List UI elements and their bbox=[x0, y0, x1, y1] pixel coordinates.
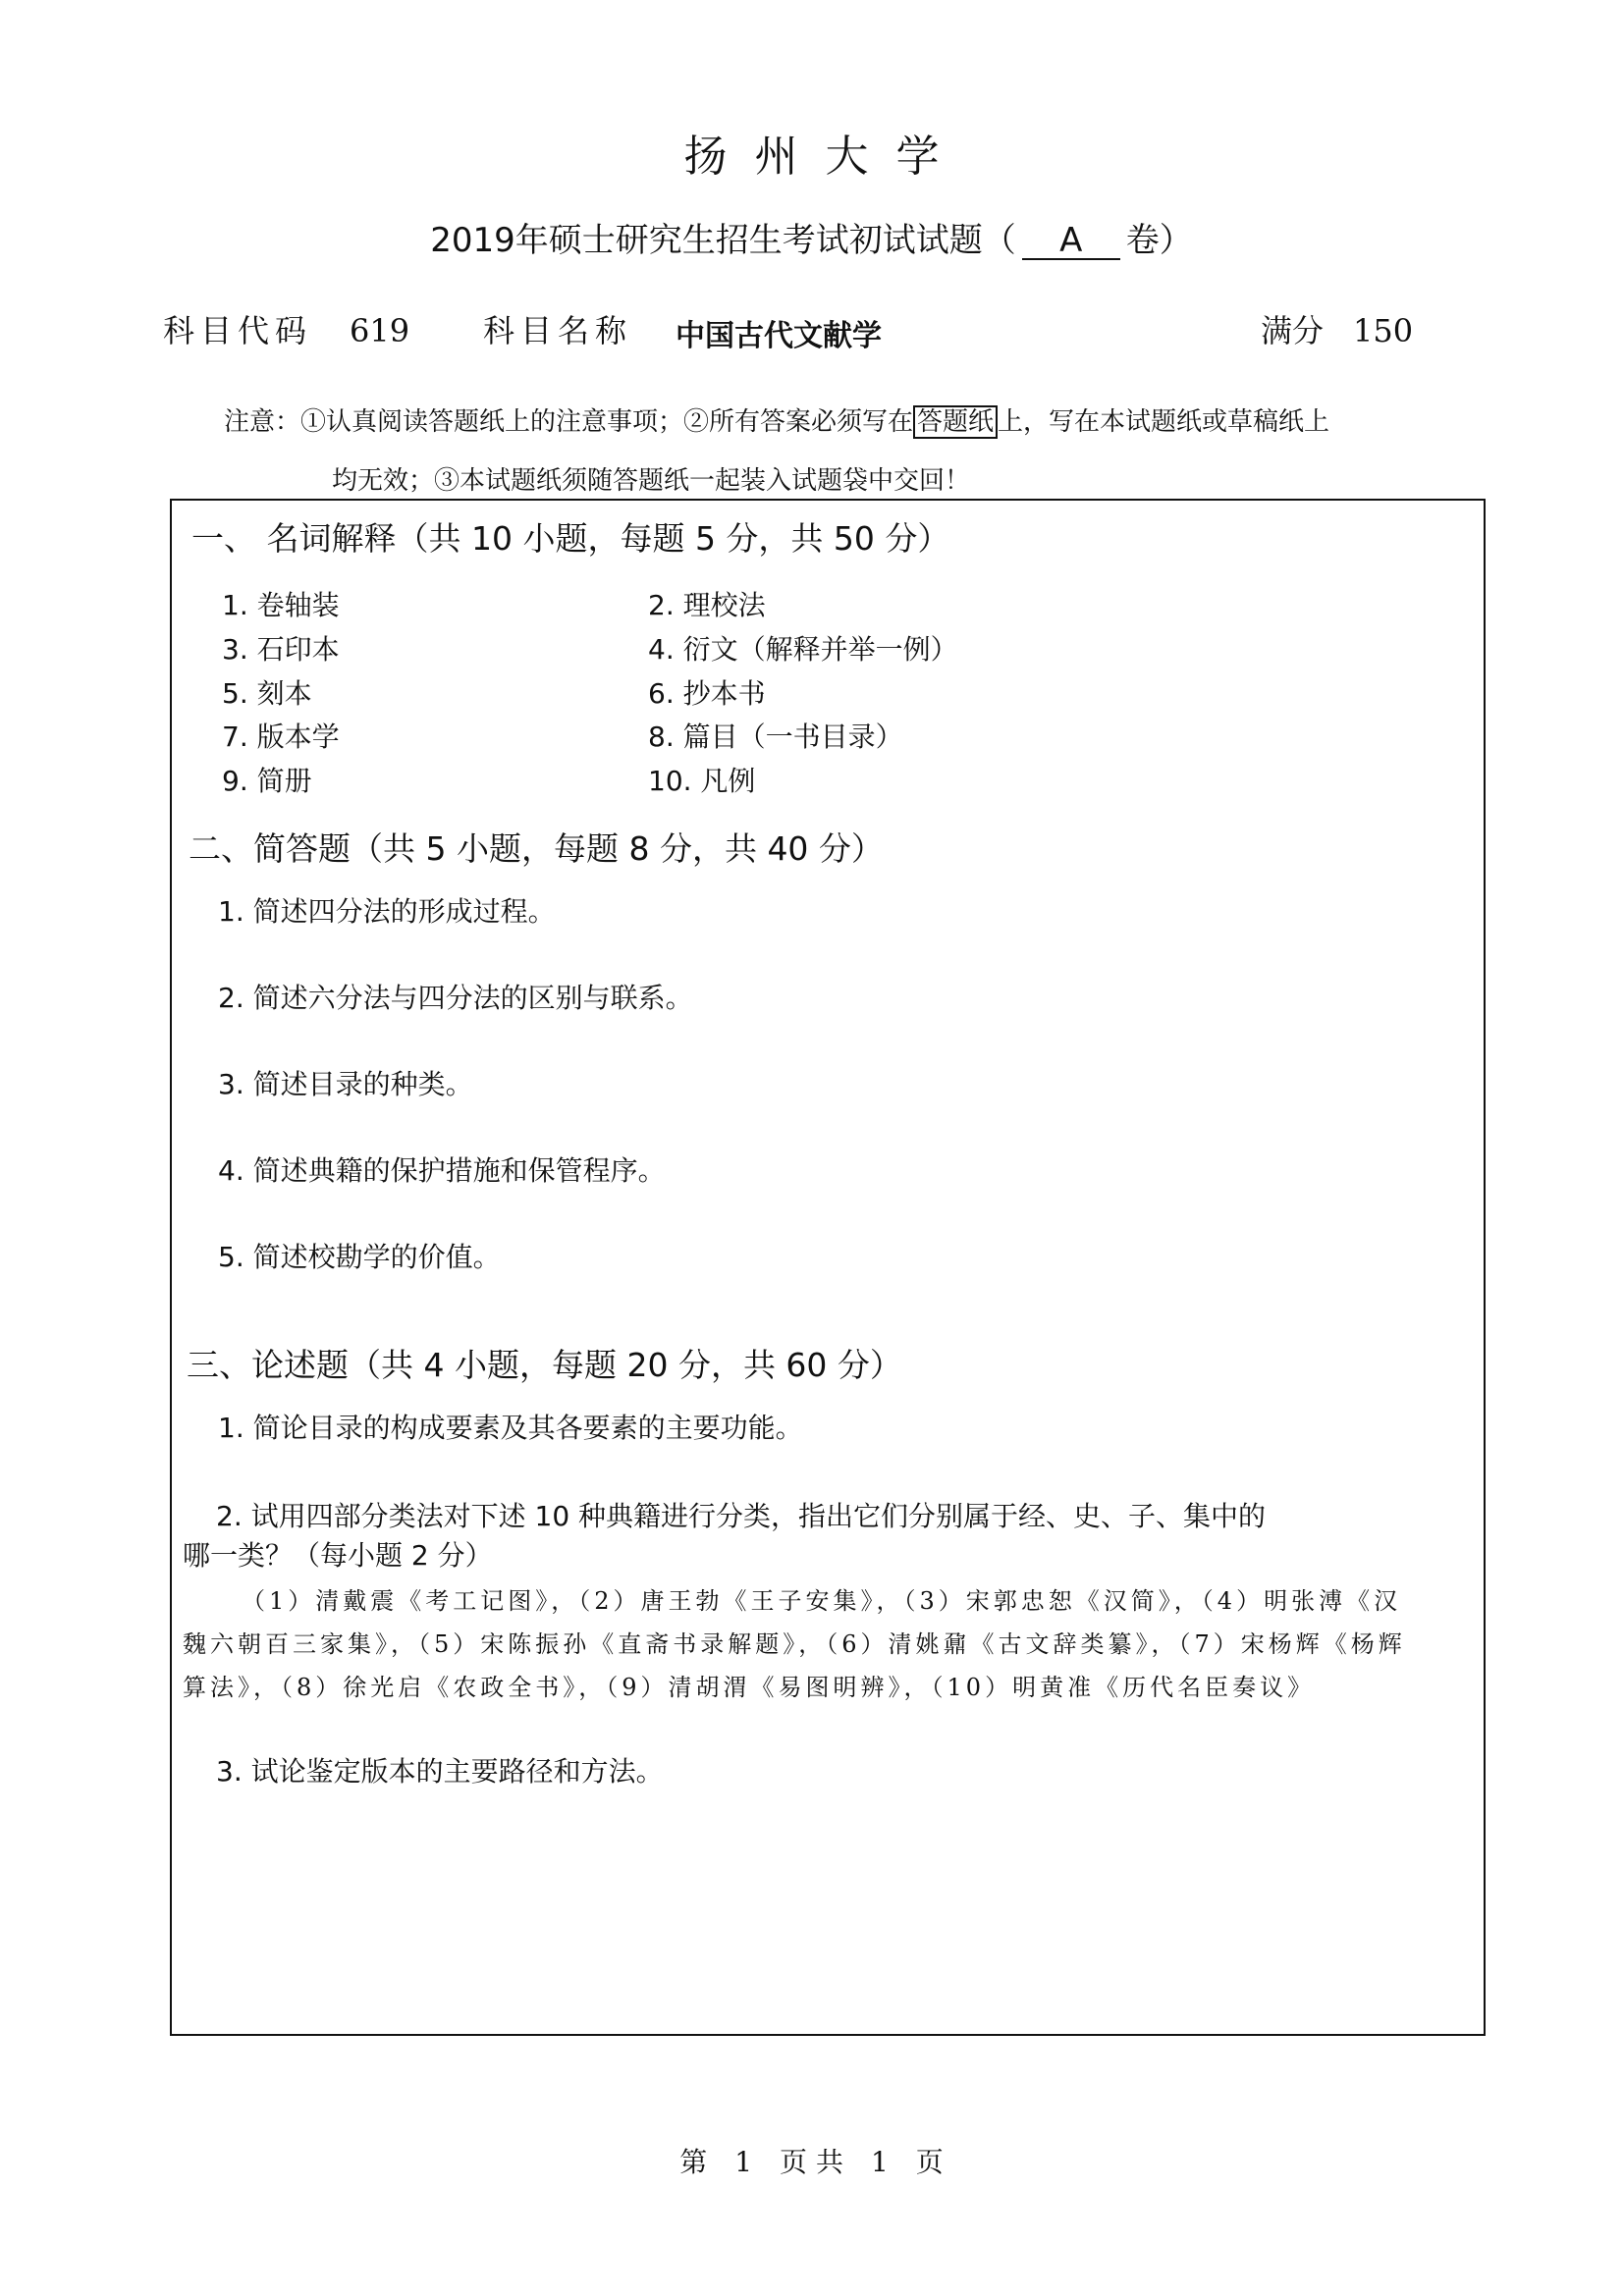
essay-question: 1. 简论目录的构成要素及其各要素的主要功能。 bbox=[218, 1410, 803, 1447]
short-answer-question: 1. 简述四分法的形成过程。 bbox=[218, 893, 556, 931]
short-answer-question: 4. 简述典籍的保护措施和保管程序。 bbox=[218, 1152, 666, 1190]
section-3-heading: 三、论述题（共 4 小题，每题 20 分，共 60 分） bbox=[187, 1345, 902, 1386]
exam-title-prefix: 2019年硕士研究生招生考试初试试题（ bbox=[430, 221, 1016, 260]
paper-type: A bbox=[1022, 223, 1120, 260]
term-item: 3. 石印本 bbox=[222, 631, 340, 668]
page-number: 第1页 共1页 bbox=[0, 2144, 1623, 2181]
notice-line-1: 注意：①认真阅读答题纸上的注意事项；②所有答案必须写在答题纸上，写在本试题纸或草… bbox=[224, 404, 1329, 440]
current-page: 1 bbox=[734, 2146, 752, 2178]
essay-question: 3. 试论鉴定版本的主要路径和方法。 bbox=[216, 1753, 664, 1790]
subject-name: 中国古代文献学 bbox=[676, 314, 882, 357]
term-item: 10. 凡例 bbox=[648, 763, 755, 800]
short-answer-question: 5. 简述校勘学的价值。 bbox=[218, 1239, 501, 1276]
full-score-label: 满分 bbox=[1261, 310, 1324, 351]
term-item: 8. 篇目（一书目录） bbox=[648, 719, 903, 756]
book-list-line: （1）清戴震《考工记图》，（2）唐王勃《王子安集》，（3）宋郭忠恕《汉简》，（4… bbox=[242, 1584, 1401, 1618]
section-1-heading: 一、 名词解释（共 10 小题，每题 5 分，共 50 分） bbox=[191, 518, 949, 560]
essay-question-continuation: 哪一类？（每小题 2 分） bbox=[183, 1537, 493, 1575]
full-score: 150 bbox=[1353, 310, 1413, 351]
term-item: 2. 理校法 bbox=[648, 587, 766, 624]
subject-code: 619 bbox=[350, 310, 409, 351]
section-2-heading: 二、简答题（共 5 小题，每题 8 分，共 40 分） bbox=[189, 828, 884, 870]
notice-line-2: 均无效；③本试题纸须随答题纸一起装入试题袋中交回！ bbox=[332, 463, 970, 499]
short-answer-question: 2. 简述六分法与四分法的区别与联系。 bbox=[218, 980, 693, 1017]
term-item: 5. 刻本 bbox=[222, 675, 312, 713]
book-list-line: 算法》，（8）徐光启《农政全书》，（9）清胡渭《易图明辨》，（10）明黄准《历代… bbox=[183, 1671, 1315, 1704]
university-title: 扬州大学 bbox=[0, 130, 1623, 185]
term-item: 4. 衍文（解释并举一例） bbox=[648, 631, 958, 668]
notice-label: 注意： bbox=[224, 407, 300, 437]
short-answer-question: 3. 简述目录的种类。 bbox=[218, 1066, 473, 1103]
answer-sheet-boxed: 答题纸 bbox=[913, 405, 998, 439]
book-list-line: 魏六朝百三家集》，（5）宋陈振孙《直斋书录解题》，（6）清姚鼐《古文辞类纂》，（… bbox=[183, 1628, 1406, 1661]
term-item: 6. 抄本书 bbox=[648, 675, 766, 713]
exam-title: 2019年硕士研究生招生考试初试试题（A卷） bbox=[0, 218, 1623, 263]
term-item: 7. 版本学 bbox=[222, 719, 340, 756]
subject-code-label: 科目代码 bbox=[163, 310, 312, 351]
exam-title-suffix: 卷） bbox=[1126, 221, 1193, 260]
subject-name-label: 科目名称 bbox=[483, 310, 632, 351]
total-pages: 1 bbox=[871, 2146, 889, 2178]
term-item: 9. 简册 bbox=[222, 763, 312, 800]
essay-question: 2. 试用四部分类法对下述 10 种典籍进行分类，指出它们分别属于经、史、子、集… bbox=[216, 1498, 1266, 1535]
term-item: 1. 卷轴装 bbox=[222, 587, 340, 624]
